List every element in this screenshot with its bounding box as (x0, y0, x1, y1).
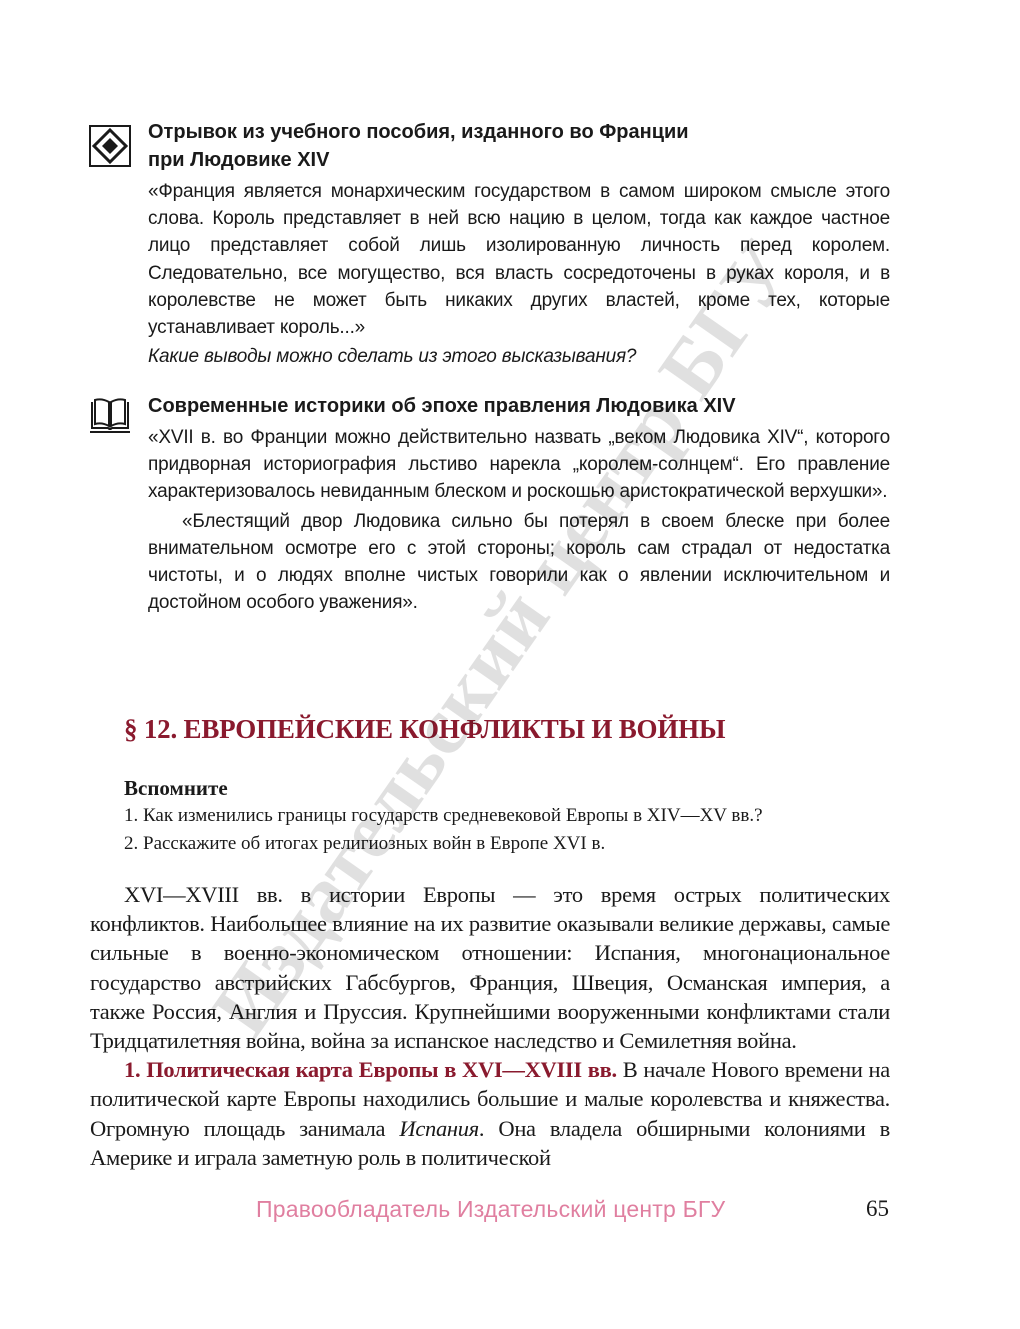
remember-heading: Вспомните (124, 774, 890, 802)
remember-box: Вспомните 1. Как изменились границы госу… (124, 774, 890, 858)
historians-title: Современные историки об эпохе правления … (148, 392, 736, 420)
section-title: § 12. ЕВРОПЕЙСКИЕ КОНФЛИКТЫ И ВОЙНЫ (124, 714, 725, 745)
copyright-note: Правообладатель Издательский центр БГУ (256, 1196, 725, 1223)
source-title: Отрывок из учебного пособия, изданного в… (148, 118, 689, 174)
subsection-paragraph: 1. Политическая карта Европы в XVI—XVIII… (90, 1055, 890, 1172)
historians-text: «XVII в. во Франции можно действительно … (148, 424, 890, 616)
open-book-icon (88, 394, 132, 438)
source-quote: «Франция является монархическим государс… (148, 178, 890, 370)
subsection-heading: 1. Политическая карта Европы в XVI—XVIII… (124, 1057, 617, 1082)
intro-paragraph: XVI—XVIII вв. в истории Европы — это вре… (90, 880, 890, 1055)
main-text: XVI—XVIII вв. в истории Европы — это вре… (90, 880, 890, 1172)
source-question: Какие выводы можно сделать из этого выск… (148, 343, 890, 370)
remember-item: 1. Как изменились границы государств сре… (124, 802, 890, 830)
remember-item: 2. Расскажите об итогах религиозных войн… (124, 830, 890, 858)
document-diamond-icon (88, 124, 132, 168)
page-number: 65 (866, 1196, 889, 1222)
